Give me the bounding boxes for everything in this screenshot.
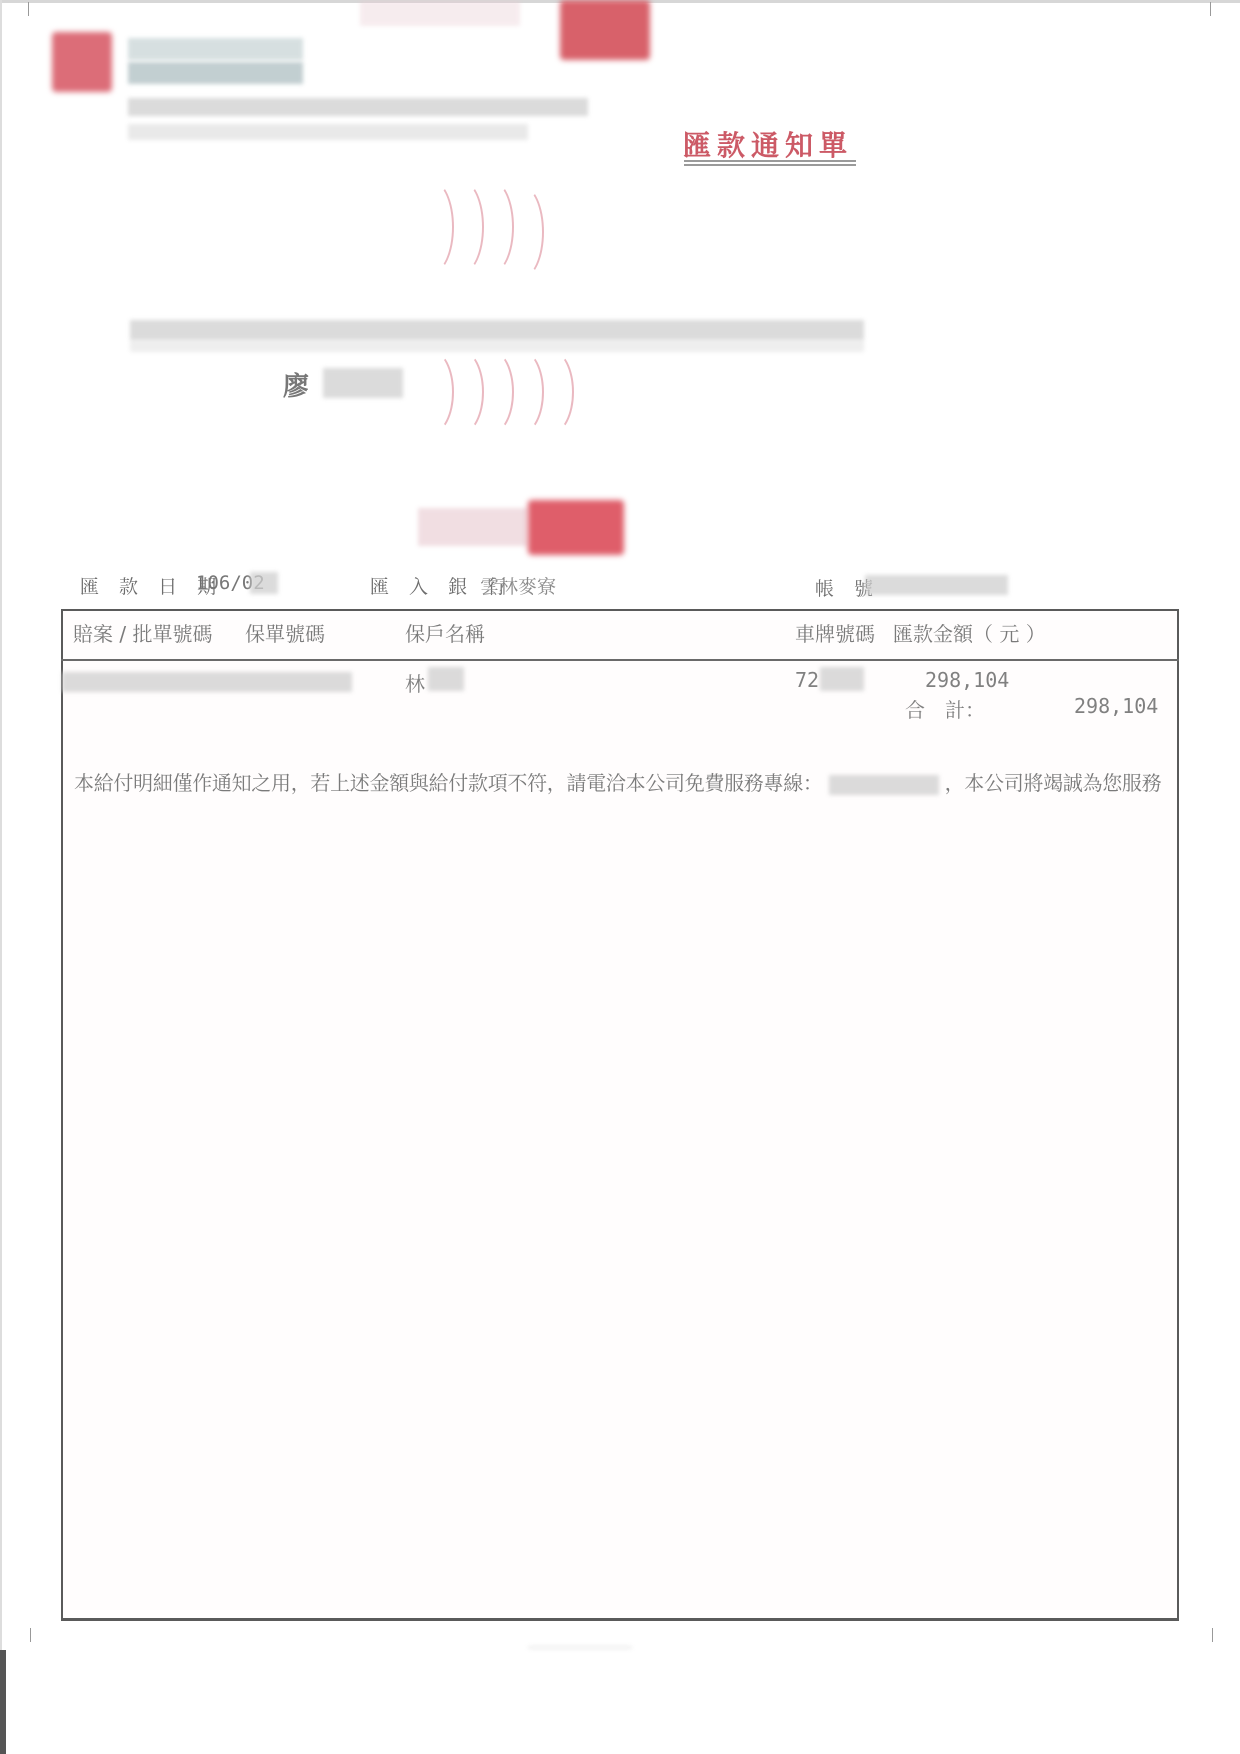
recipient-name: 廖 [283, 366, 309, 403]
plate-no: 72 [795, 668, 819, 692]
th-claim-no: 賠案 / 批單號碼 [73, 618, 212, 647]
notice-text-main: 本給付明細僅作通知之用，若上述金額與給付款項不符，請電洽本公司免費服務專線： [74, 771, 823, 795]
postmark-wave [530, 350, 574, 434]
recipient-address-redacted [130, 320, 864, 340]
bank-value: 雲林麥寮 [480, 572, 556, 599]
scan-artifact [528, 1646, 632, 1649]
service-phone-redacted [829, 775, 939, 795]
remit-date-redacted [250, 572, 278, 594]
plate-no-redacted [820, 667, 864, 691]
scan-edge-left-dark [0, 1650, 6, 1754]
th-plate-no: 車牌號碼 [795, 618, 875, 647]
title-underline [684, 160, 856, 166]
postage-seal-icon [560, 0, 650, 60]
recipient-name-redacted [323, 368, 403, 398]
company-logo-icon [52, 32, 112, 92]
policyholder-name: 林 [405, 668, 425, 697]
company-address-redacted [128, 124, 528, 140]
postmark-wave [500, 185, 544, 279]
company-address-redacted [128, 98, 588, 116]
total-label: 合 計： [905, 694, 985, 723]
scan-edge-left [0, 0, 2, 1650]
postage-stamp [360, 0, 520, 26]
postal-stamp [418, 508, 528, 546]
crop-mark [30, 1628, 31, 1642]
crop-mark [1210, 2, 1211, 16]
company-name-redacted [128, 62, 303, 84]
total-value: 298,104 [1074, 694, 1158, 718]
th-policyholder: 保戶名稱 [405, 618, 485, 647]
row-amount: 298,104 [925, 668, 1009, 692]
crop-mark [1212, 1628, 1213, 1642]
notice-text: 本給付明細僅作通知之用，若上述金額與給付款項不符，請電洽本公司免費服務專線：，本… [74, 767, 1161, 796]
crop-mark [28, 2, 29, 16]
remittance-table [61, 609, 1179, 1621]
policyholder-redacted [428, 667, 464, 691]
notice-text-end: ，本公司將竭誠為您服務 [945, 771, 1162, 795]
account-value-redacted [865, 575, 1008, 595]
th-amount: 匯款金額（ 元 ） [893, 618, 1046, 647]
document-title: 匯款通知單 [683, 124, 853, 164]
table-header-divider [61, 659, 1179, 661]
company-name-redacted [128, 38, 303, 60]
recipient-address-redacted [130, 340, 864, 352]
th-policy-no: 保單號碼 [245, 618, 325, 647]
claim-no-redacted [62, 672, 352, 692]
postal-seal-icon [528, 500, 624, 555]
